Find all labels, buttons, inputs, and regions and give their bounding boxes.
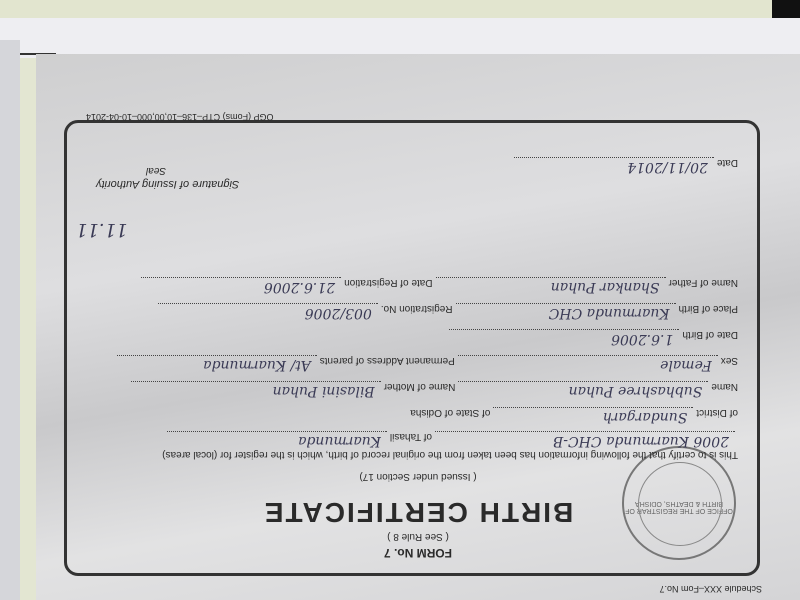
certificate-upside-down: Schedule XXX–Fom No.7 OFFICE OF THE REGI… [36,54,800,600]
rule-reference: ( See Rule 8 ) [36,531,800,542]
field-district: of District Sundargarh of State of Odish… [410,407,738,420]
field-local-area: 2006 Kuarmunda CHC-B of Tahasil Kuarmund… [164,431,738,444]
birth-certificate-paper: Schedule XXX–Fom No.7 OFFICE OF THE REGI… [36,54,800,600]
under-sheet [0,18,800,58]
paper-edge [0,40,20,600]
form-number: FORM No. 7 [36,546,800,560]
field-place-of-birth: Place of Birth Kuarmunda CHC Registratio… [155,303,738,316]
field-name: Name Subhashree Puhan Name of Mother Bil… [128,381,738,394]
field-father: Name of Father Shankar Puhan Date of Reg… [138,277,738,290]
print-footer: OGP (Foms) CTP–136–10,00,000–10-04-2014 [86,112,273,122]
schedule-label: Schedule XXX–Fom No.7 [659,584,762,594]
field-sex: Sex Female Permanent Address of parents … [114,355,738,368]
field-dob: Date of Birth 1.6.2006 [446,329,738,342]
field-date: Date 20/11/2014 [511,157,738,170]
signature-label: Signature of Issuing Authority [96,178,239,190]
certify-text: This is to certify that the following in… [162,449,738,460]
certificate-title: BIRTH CERTIFICATE [36,496,800,528]
handwritten-signature: 11.11 [76,219,128,240]
issued-under: ( Issued under Section 17) [36,471,800,482]
seal-label: Seal [146,165,166,176]
